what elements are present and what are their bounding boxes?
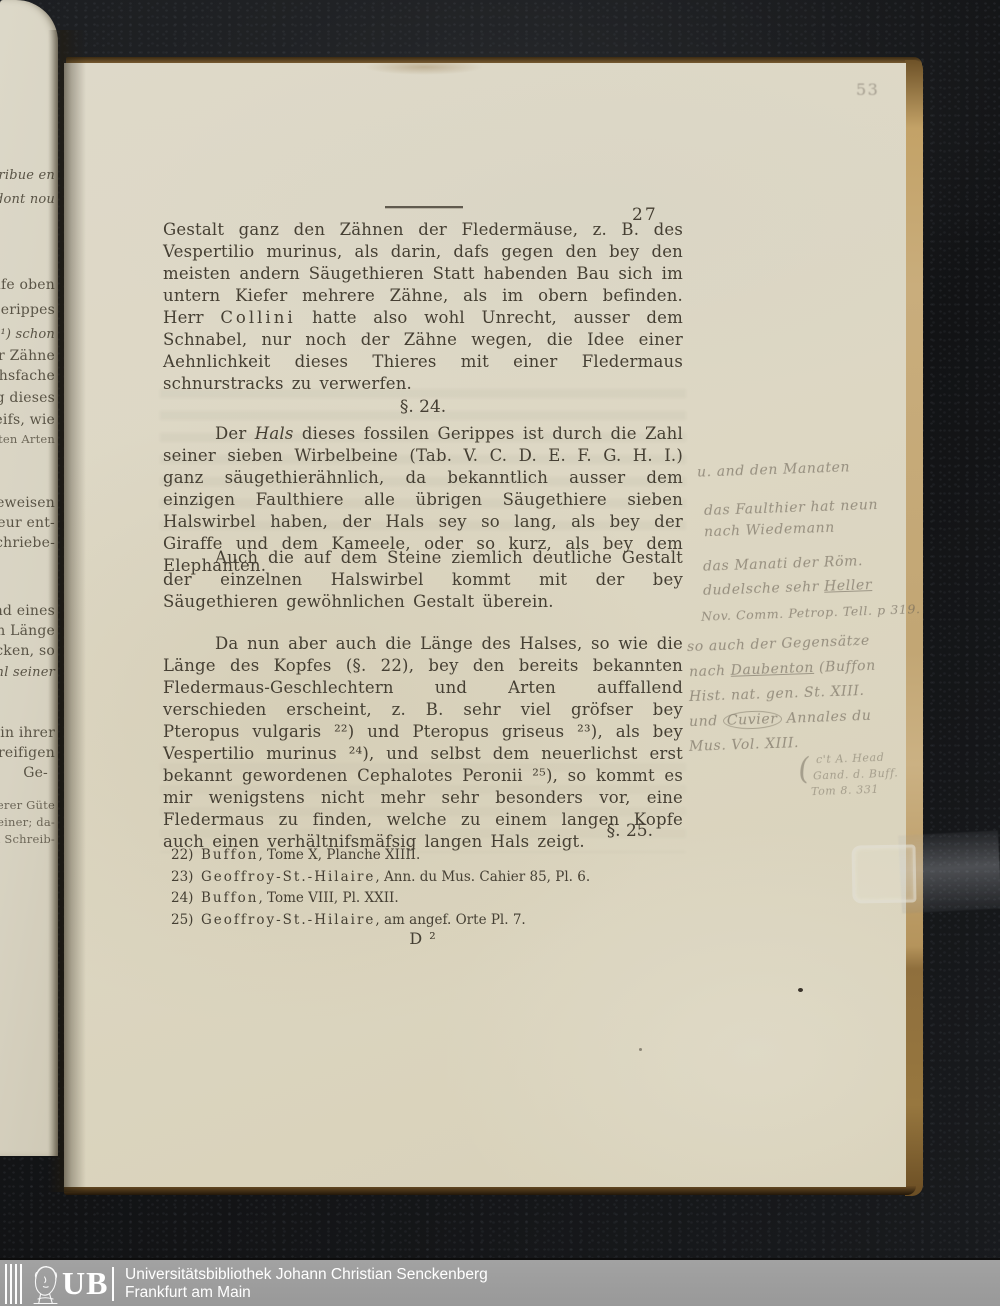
bleed-text-fragment: weifs, wie [0, 412, 55, 428]
footnote-text: , Tome VIII, Pl. XXII. [258, 890, 398, 906]
bleed-text-fragment: e eilfe oben [0, 277, 55, 293]
page-holder-clip [851, 844, 916, 903]
bleed-text-fragment: in ihrer [0, 725, 55, 741]
bleed-text-fragment: en Gerippes [0, 302, 55, 318]
paragraph: Auch die auf dem Steine ziemlich deutlic… [163, 547, 683, 613]
pencil-note-text: nach [689, 663, 731, 680]
footnote-number: 22) [171, 845, 193, 867]
book-fore-edge [905, 60, 923, 1196]
section-heading-24: §. 24. [163, 397, 683, 417]
footnote-text: , Ann. du Mus. Cahier 85, Pl. 6. [375, 869, 590, 885]
paper-stain [364, 63, 484, 75]
previous-page-edge-strip: j'attribue en les dont nou e eilfe oben … [0, 0, 58, 1156]
library-logo-bars [5, 1264, 25, 1306]
ub-logo-text: UB [62, 1265, 108, 1302]
logo-divider [112, 1267, 114, 1301]
paragraph: Da nun aber auch die Länge des Halses, s… [163, 633, 683, 853]
footnote: 24)Buffon, Tome VIII, Pl. XXII. [171, 888, 671, 910]
bleed-text-fragment: hen Länge [0, 623, 55, 639]
pencil-note: Tom 8. 331 [811, 783, 879, 798]
footnote-number: 25) [171, 910, 193, 932]
paper-speck [798, 988, 803, 992]
bleed-text-fragment: nen Schreib- [0, 832, 55, 846]
paragraph-text: Der [215, 424, 255, 443]
bleed-text-fragment: sueur ent- [0, 515, 55, 531]
pencil-note-text: Annales du [781, 708, 871, 727]
pencil-note-underlined: Heller [824, 577, 873, 595]
bleed-text-fragment: derer Güte [0, 798, 55, 812]
bleed-text-fragment: ahl seiner [0, 665, 55, 680]
footnote: 25)Geoffroy-St.-Hilaire, am angef. Orte … [171, 910, 671, 932]
bleed-text-fragment: Ge- [23, 765, 48, 781]
pencil-note-text: (Buffon [814, 658, 876, 676]
bleed-text-fragment: der Zähne [0, 348, 55, 364]
library-name: Universitätsbibliothek Johann Christian … [125, 1266, 488, 1302]
bleed-text-fragment: les dont nou [0, 192, 55, 207]
paper-speck [639, 1048, 642, 1051]
bleed-text-fragment: gend eines [0, 603, 55, 619]
spaced-name: Collini [220, 308, 295, 327]
page-bottom-edge [64, 1186, 916, 1195]
bleed-text-fragment: j'attribue en [0, 168, 55, 183]
footnote: 23)Geoffroy-St.-Hilaire, Ann. du Mus. Ca… [171, 867, 671, 889]
bleed-text-fragment: sechsfache [0, 368, 55, 384]
footnotes: 22)Buffon, Tome X, Planche XIIII. 23)Geo… [171, 845, 671, 931]
library-footer-bar: UB Universitätsbibliothek Johann Christi… [0, 1258, 1000, 1306]
bleed-text-fragment: , beweisen [0, 495, 55, 511]
scanned-book-photo: { "page": { "corner_number": "53", "page… [0, 0, 1000, 1306]
footnote-author: Geoffroy-St.-Hilaire [201, 912, 375, 928]
footnote-author: Geoffroy-St.-Hilaire [201, 869, 375, 885]
bleed-text-fragment: kleiner; da- [0, 815, 55, 829]
library-name-line2: Frankfurt am Main [125, 1284, 488, 1302]
footnote: 22)Buffon, Tome X, Planche XIIII. [171, 845, 671, 867]
bleed-text-fragment: licken, so [0, 643, 55, 659]
paragraph: Gestalt ganz den Zähnen der Fledermäuse,… [163, 219, 683, 395]
footnote-number: 24) [171, 888, 193, 910]
book-page: 27 Gestalt ganz den Zähnen der Fledermäu… [64, 63, 906, 1187]
goethe-portrait-icon [26, 1262, 64, 1306]
footnote-text: , Tome X, Planche XIIII. [258, 847, 420, 863]
pencil-note-text: und [689, 713, 723, 730]
pencil-note: c't A. Head [816, 751, 885, 766]
footnote-number: 23) [171, 867, 193, 889]
bleed-text-fragment: streifigen [0, 745, 55, 761]
section-heading-25: §. 25. [163, 821, 683, 841]
section-rule [385, 206, 463, 208]
footnote-author: Buffon [201, 847, 258, 863]
pencil-note-underlined: Daubenton [730, 660, 814, 679]
signature-mark: D ² [163, 929, 683, 948]
pencil-note-circled: Cuvier [723, 710, 782, 730]
bleed-text-fragment: s ²¹) schon [0, 327, 55, 342]
library-name-line1: Universitätsbibliothek Johann Christian … [125, 1266, 488, 1284]
footnote-author: Buffon [201, 890, 258, 906]
bleed-text-fragment: nnten Arten [0, 432, 55, 446]
handwritten-corner-number: 53 [856, 80, 879, 99]
bleed-text-fragment: beschriebe- [0, 535, 55, 551]
italic-term: Hals [255, 424, 294, 443]
bleed-text-fragment: ung dieses [0, 390, 55, 406]
footnote-text: , am angef. Orte Pl. 7. [375, 912, 525, 928]
